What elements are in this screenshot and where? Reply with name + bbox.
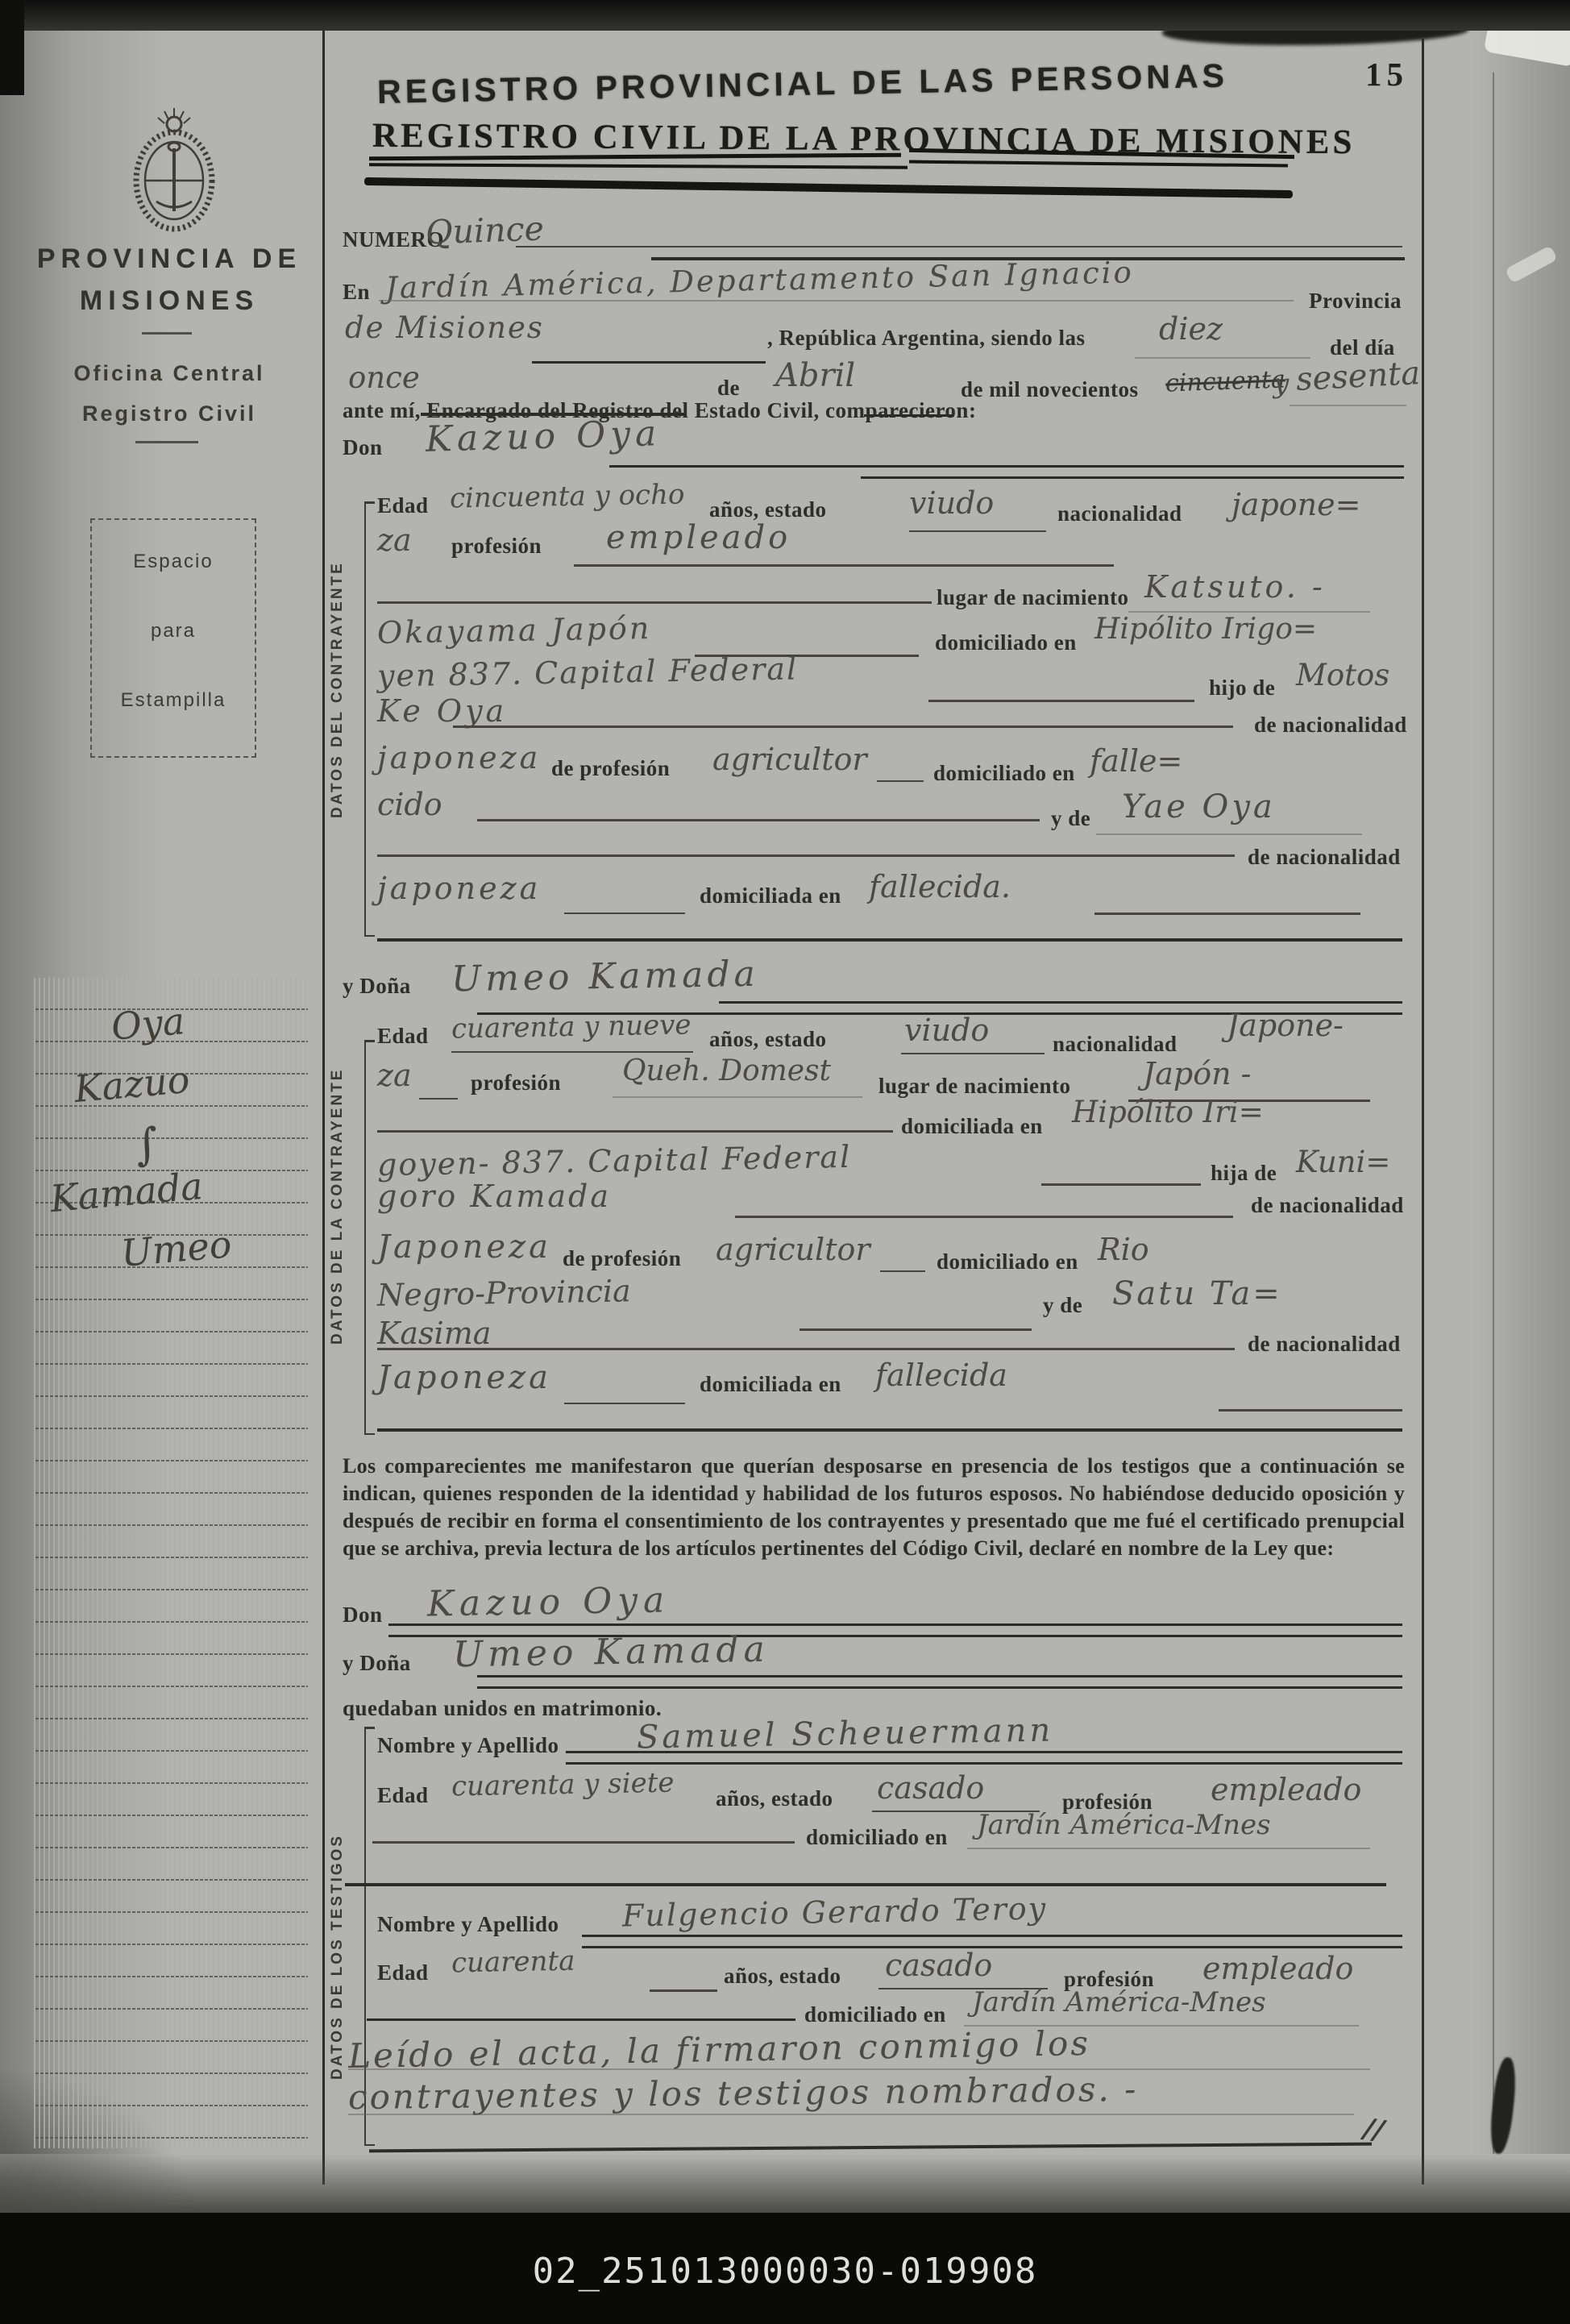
right-scan-shadow: [1457, 31, 1570, 2154]
bride-hija-label: hija de: [1211, 1161, 1277, 1186]
w1-estado-label: años, estado: [716, 1786, 833, 1811]
underline: [967, 1848, 1370, 1849]
bride-nac-madre-value: Japoneza: [377, 1359, 551, 1396]
siglo-label: de mil novecientos: [961, 377, 1138, 402]
underline: [477, 1686, 1402, 1689]
underline: [372, 1841, 795, 1844]
bride-nacionalidad-value1: Japone-: [1227, 1008, 1344, 1043]
w2-name-value: Fulgencio Gerardo Teroy: [622, 1890, 1048, 1933]
bride-madre-value2: Kasima: [377, 1316, 491, 1351]
groom-domicilio-value1: Hipólito Irigo=: [1094, 613, 1317, 646]
underline: [477, 1675, 1402, 1678]
en-label: En: [343, 280, 370, 305]
groom-section-bracket: [364, 501, 376, 937]
form-right-border: [1422, 39, 1424, 2185]
underline: [566, 1751, 1402, 1753]
bride-dom-madre-label: domiciliada en: [700, 1372, 841, 1397]
bride-nacionalidad-label: nacionalidad: [1053, 1032, 1177, 1057]
underline: [909, 530, 1046, 532]
groom-dom-madre-label: domiciliada en: [700, 883, 841, 908]
underline: [613, 1096, 862, 1098]
underline: [453, 725, 1233, 728]
underline: [451, 1051, 693, 1053]
bride-profesion-label: profesión: [471, 1071, 561, 1095]
underline: [877, 780, 924, 782]
underline: [880, 1270, 925, 1272]
groom-padre-value1: Motos: [1296, 658, 1389, 692]
stamp-space-line1: Espacio: [92, 551, 255, 573]
underline: [564, 913, 685, 914]
groom-profesion-label: profesión: [451, 534, 542, 559]
scan-top-band: [0, 0, 1570, 31]
underline: [367, 2018, 795, 2021]
underline: [1094, 913, 1360, 915]
underline: [377, 601, 932, 604]
section-end-line: [377, 1428, 1402, 1432]
form-left-border: [322, 31, 325, 2185]
underline: [719, 1001, 1402, 1004]
bride-section-label: DATOS DE LA CONTRAYENTE: [329, 1111, 347, 1345]
stamp-space-line3: Estampilla: [92, 689, 255, 712]
w2-nombre-label: Nombre y Apellido: [377, 1912, 559, 1937]
groom-nacionalidad-label: nacionalidad: [1057, 501, 1182, 526]
decl-groom-name: Kazuo Oya: [427, 1579, 671, 1624]
bride-domicilio-value1: Hipólito Iri=: [1072, 1095, 1264, 1129]
bride-edad-label: Edad: [377, 1024, 429, 1049]
decada-value: sesenta: [1295, 355, 1421, 398]
w1-dom-label: domiciliado en: [806, 1825, 948, 1850]
underline: [566, 1762, 1402, 1765]
underline: [582, 1935, 1402, 1937]
bride-domicilio-value2: goyen- 837. Capital Federal: [377, 1139, 852, 1183]
groom-profesion-value: empleado: [606, 519, 791, 556]
bride-dom-padre-label: domiciliado en: [937, 1249, 1078, 1274]
w2-profesion-value: empleado: [1202, 1951, 1353, 1986]
groom-nacimiento-label: lugar de nacimiento: [937, 585, 1129, 610]
dia-value: once: [348, 360, 420, 395]
bride-domicilio-label: domiciliada en: [901, 1114, 1043, 1139]
don-label: Don: [343, 435, 383, 460]
w2-estado-value: casado: [885, 1948, 992, 1983]
ydona-label: y Doña: [343, 974, 411, 999]
bride-dom-padre-value1: Rio: [1098, 1232, 1149, 1267]
stamped-registry-title: REGISTRO PROVINCIAL DE LAS PERSONAS: [377, 56, 1297, 111]
sidebar-divider: [142, 332, 192, 335]
w1-profesion-value: empleado: [1211, 1772, 1361, 1807]
groom-nacionalidad-value1: japone=: [1231, 487, 1360, 522]
underline: [574, 564, 1114, 567]
bride-estado-value: viudo: [904, 1012, 989, 1048]
groom-name-value: Kazuo Oya: [425, 413, 662, 460]
underline: [1041, 1183, 1201, 1186]
page-number: 15: [1365, 55, 1408, 94]
underline: [800, 1328, 1032, 1331]
groom-edad-label: Edad: [377, 493, 429, 518]
w1-edad-value: cuarenta y siete: [451, 1767, 675, 1803]
bride-profesion-value: Queh. Domest: [622, 1054, 831, 1087]
underline: [609, 465, 1404, 468]
provincia-value: de Misiones: [345, 310, 544, 345]
bride-nacimiento-value: Japón -: [1143, 1056, 1251, 1091]
underline: [377, 854, 1235, 857]
underline: [419, 1098, 458, 1100]
margin-ruled-lines: [34, 978, 308, 2148]
w2-dom-value: Jardín América-Mnes: [972, 1986, 1266, 2018]
w2-edad-label: Edad: [377, 1960, 429, 1985]
underline: [377, 1130, 893, 1133]
groom-dom-madre-value: fallecida.: [869, 869, 1011, 904]
underline: [377, 1348, 1235, 1350]
w1-dom-value: Jardín América-Mnes: [977, 1809, 1271, 1841]
underline: [516, 246, 1402, 247]
bride-prof-padre-label: de profesión: [563, 1246, 681, 1271]
w2-edad-value: cuarenta: [451, 1945, 575, 1980]
provincia-label: Provincia: [1309, 289, 1402, 314]
bride-nacionalidad-value2: za: [377, 1058, 412, 1093]
bride-name-value: Umeo Kamada: [451, 954, 760, 1000]
groom-nac-madre-label: de nacionalidad: [1248, 845, 1401, 870]
underline: [532, 361, 766, 364]
closing-line2: contrayentes y los testigos nombrados. -: [348, 2069, 1139, 2117]
groom-hijo-label: hijo de: [1209, 676, 1275, 701]
underline: [1135, 357, 1310, 359]
groom-nac-madre-value: japoneza: [377, 871, 541, 906]
scan-corner-notch: [0, 0, 24, 95]
section-end-line: [377, 938, 1402, 942]
underline: [901, 1053, 1045, 1054]
underline: [388, 1623, 1402, 1626]
bride-prof-padre-value: agricultor: [716, 1232, 870, 1267]
decada-struck-value: cincuenta: [1165, 365, 1285, 397]
closing-end-mark: //: [1361, 2112, 1385, 2147]
groom-madre-label: y de: [1051, 806, 1090, 831]
groom-dom-padre-label: domiciliado en: [933, 761, 1075, 786]
witnesses-section-label: DATOS DE LOS TESTIGOS: [329, 1765, 347, 2080]
scanned-registry-page: PROVINCIA DE MISIONES Oficina Central Re…: [0, 0, 1570, 2324]
w2-estado-label: años, estado: [724, 1964, 841, 1989]
province-title-line1: PROVINCIA DE: [16, 238, 322, 280]
bride-nacimiento-label: lugar de nacimiento: [878, 1074, 1071, 1099]
bride-madre-value1: Satu Ta=: [1112, 1275, 1282, 1312]
bride-padre-value2: goro Kamada: [377, 1179, 611, 1214]
groom-dom-padre-value2: cido: [377, 787, 442, 822]
underline: [1290, 405, 1406, 406]
province-title: PROVINCIA DE MISIONES: [16, 238, 322, 322]
groom-nac-padre-value: japoneza: [377, 740, 541, 775]
page-edge-line: [1493, 73, 1494, 2154]
bride-nac-madre-label: de nacionalidad: [1248, 1332, 1401, 1357]
title-heavy-underline: [364, 177, 1293, 198]
groom-nac-padre-label: de nacionalidad: [1254, 713, 1407, 738]
decl-ydona-label: y Doña: [343, 1651, 411, 1676]
w1-nombre-label: Nombre y Apellido: [377, 1733, 559, 1758]
decl-bride-name: Umeo Kamada: [453, 1629, 770, 1676]
groom-prof-padre-value: agricultor: [712, 742, 867, 777]
underline: [928, 700, 1194, 702]
underline: [1096, 834, 1362, 835]
w1-estado-value: casado: [877, 1770, 984, 1806]
bride-edad-value: cuarenta y nueve: [451, 1008, 692, 1045]
bride-dom-padre-value2: Negro-Provincia: [377, 1273, 631, 1312]
strike-line: [369, 163, 908, 168]
underline: [650, 1989, 717, 1992]
stamp-space-box: Espacio para Estampilla: [90, 518, 256, 758]
underline: [379, 300, 1294, 301]
groom-estado-value: viudo: [909, 485, 994, 521]
place-value: Jardín América, Departamento San Ignacio: [385, 255, 1135, 305]
closing-final-line: [369, 2143, 1372, 2152]
office-title-line1: Oficina Central: [16, 353, 322, 393]
de-label: de: [717, 376, 740, 401]
decl-don-label: Don: [343, 1603, 383, 1628]
groom-padre-value2: Ke Oya: [377, 693, 507, 729]
groom-nacimiento-value2: Okayama Japón: [377, 610, 652, 651]
w1-name-value: Samuel Scheuermann: [637, 1711, 1054, 1756]
bride-dom-madre-value: fallecida: [875, 1357, 1007, 1393]
province-title-line2: MISIONES: [16, 280, 322, 322]
w1-edad-label: Edad: [377, 1783, 429, 1808]
groom-domicilio-label: domiciliado en: [935, 630, 1077, 655]
groom-nacimiento-value1: Katsuto. -: [1144, 569, 1326, 605]
groom-prof-padre-label: de profesión: [551, 756, 670, 781]
groom-edad-value: cincuenta y ocho: [450, 478, 685, 514]
bottom-scan-shadow: [0, 2154, 1570, 2213]
underline: [861, 476, 1404, 479]
bride-padre-value1: Kuni=: [1296, 1145, 1390, 1179]
office-title-line2: Registro Civil: [16, 393, 322, 434]
underline: [477, 819, 1040, 821]
coat-of-arms-icon: [123, 106, 226, 237]
sidebar-divider2: [135, 441, 198, 443]
margin-note-surname1: Oya: [110, 999, 186, 1049]
margin-note-flourish: ∫: [133, 1118, 160, 1170]
republica-label: , República Argentina, siendo las: [767, 326, 1086, 351]
conj-value: y: [1273, 368, 1289, 400]
stamp-space-line2: para: [92, 620, 255, 642]
office-title: Oficina Central Registro Civil: [16, 353, 322, 434]
scan-footer-id: 02_251013000030-019908: [0, 2251, 1570, 2292]
bride-estado-label: años, estado: [709, 1027, 827, 1052]
underline: [564, 1403, 685, 1404]
groom-nacionalidad-value2: za: [377, 522, 412, 558]
witness-divider-line: [345, 1883, 1386, 1886]
bride-madre-label: y de: [1043, 1293, 1082, 1318]
underline: [735, 1216, 1233, 1218]
underline: [348, 2068, 1370, 2070]
bride-nac-padre-value: Japoneza: [377, 1229, 551, 1266]
underline: [348, 2114, 1354, 2115]
w2-dom-label: domiciliado en: [804, 2002, 946, 2027]
bride-nac-padre-label: de nacionalidad: [1251, 1193, 1404, 1218]
groom-dom-padre-value1: falle=: [1090, 743, 1182, 779]
hora-value: diez: [1159, 311, 1223, 347]
groom-domicilio-value2: yen 837. Capital Federal: [377, 651, 799, 693]
declaration-paragraph: Los comparecientes me manifestaron que q…: [343, 1453, 1405, 1562]
groom-section-label: DATOS DEL CONTRAYENTE: [329, 609, 347, 818]
mes-value: Abril: [775, 357, 855, 394]
union-label: quedaban unidos en matrimonio.: [343, 1696, 662, 1721]
bride-section-bracket: [364, 1040, 376, 1435]
underline: [1219, 1409, 1402, 1411]
groom-madre-value: Yae Oya: [1122, 788, 1276, 825]
